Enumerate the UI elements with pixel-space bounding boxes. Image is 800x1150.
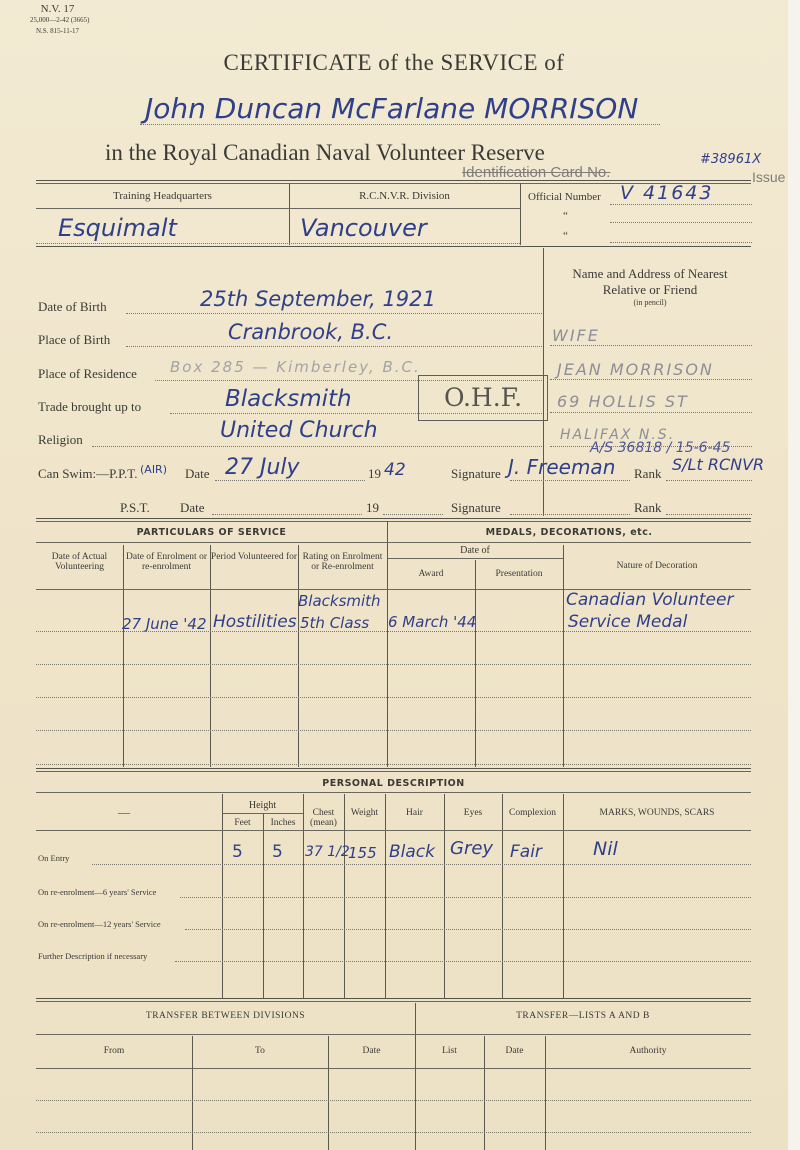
- ohf-stamp: O.H.F.: [418, 375, 548, 421]
- service-title: in the Royal Canadian Naval Volunteer Re…: [105, 140, 545, 166]
- row-label-on-entry: On Entry: [38, 853, 69, 863]
- holder-name: John Duncan McFarlane MORRISON: [145, 92, 638, 125]
- signature-label: Signature: [451, 466, 501, 482]
- header-chest: Chest (mean): [303, 808, 344, 828]
- pst-signature-label: Signature: [451, 500, 501, 516]
- feet-value: 5: [232, 842, 243, 862]
- rank-label: Rank: [634, 466, 661, 482]
- official-number-label: Official Number: [528, 191, 601, 203]
- nok-line-street: 69 HOLLIS ST: [557, 392, 689, 411]
- decoration-line1: Canadian Volunteer: [566, 590, 733, 610]
- religion-label: Religion: [38, 432, 83, 448]
- eyes-value: Grey: [450, 838, 493, 859]
- trade-label: Trade brought up to: [38, 399, 141, 415]
- header-eyes: Eyes: [444, 808, 502, 818]
- header-rating: Rating on Enrolment or Re-enrolment: [298, 552, 387, 572]
- transfer-divisions-title: TRANSFER BETWEEN DIVISIONS: [36, 1011, 415, 1021]
- period-value: Hostilities: [213, 612, 297, 632]
- header-from: From: [36, 1046, 192, 1056]
- certificate-title: CERTIFICATE of the SERVICE of: [0, 50, 788, 76]
- transfer-lists-title: TRANSFER—LISTS A AND B: [415, 1011, 751, 1021]
- service-certificate: N.V. 17 25,000—2-42 (3665) N.S. 815-11-1…: [0, 0, 788, 1150]
- header-date-volunteering: Date of Actual Volunteering: [36, 552, 123, 572]
- marks-value: Nil: [593, 838, 618, 860]
- pob-label: Place of Birth: [38, 332, 110, 348]
- dob-value: 25th September, 1921: [200, 287, 436, 311]
- form-number: N.V. 17: [30, 3, 85, 15]
- division-header: R.C.N.V.R. Division: [289, 190, 520, 202]
- nok-line-relationship: WIFE: [552, 326, 600, 345]
- rank-value: S/Lt RCNVR: [672, 455, 764, 474]
- trade-value: Blacksmith: [225, 386, 352, 412]
- award-date-value: 6 March '44: [388, 613, 476, 631]
- ditto-mark: “: [563, 230, 568, 242]
- header-presentation: Presentation: [475, 569, 563, 579]
- swim-label: Can Swim:—P.P.T.: [38, 466, 137, 482]
- header-nature: Nature of Decoration: [563, 561, 751, 571]
- signature-value: J. Freeman: [508, 455, 615, 479]
- header-inches: Inches: [263, 818, 303, 828]
- nok-heading-line1: Name and Address of Nearest: [545, 266, 755, 282]
- header-hair: Hair: [385, 808, 444, 818]
- official-number-value: V 41643: [620, 182, 713, 204]
- ns-code: N.S. 815-11-17: [30, 27, 85, 36]
- dob-label: Date of Birth: [38, 299, 107, 315]
- swim-year-prefix: 19: [368, 466, 381, 482]
- description-title: PERSONAL DESCRIPTION: [36, 778, 751, 789]
- scan-edge: [788, 0, 800, 1150]
- ditto-mark: “: [563, 210, 568, 222]
- dash-header: —: [118, 805, 130, 820]
- medals-title: MEDALS, DECORATIONS, etc.: [387, 527, 751, 538]
- pst-rank-label: Rank: [634, 500, 661, 516]
- header-authority: Authority: [545, 1046, 751, 1056]
- residence-value: Box 285 — Kimberley, B.C.: [170, 358, 421, 376]
- nok-line-name: JEAN MORRISON: [557, 360, 714, 379]
- row-label-6-years: On re-enrolment—6 years' Service: [38, 887, 156, 897]
- header-transfer-date: Date: [328, 1046, 415, 1056]
- pst-year-prefix: 19: [366, 500, 379, 516]
- division-value: Vancouver: [300, 214, 427, 242]
- decoration-line2: Service Medal: [568, 612, 687, 632]
- nok-heading: Name and Address of Nearest Relative or …: [545, 266, 755, 307]
- row-label-12-years: On re-enrolment—12 years' Service: [38, 919, 161, 929]
- row-label-further: Further Description if necessary: [38, 951, 147, 961]
- date-of-header: Date of: [387, 546, 563, 556]
- header-weight: Weight: [344, 808, 385, 818]
- pst-label: P.S.T.: [120, 500, 150, 516]
- rating-value-line1: Blacksmith: [298, 592, 381, 610]
- swim-date-label: Date: [185, 466, 210, 482]
- pob-value: Cranbrook, B.C.: [228, 320, 393, 344]
- residence-label: Place of Residence: [38, 366, 137, 382]
- religion-value: United Church: [220, 418, 378, 443]
- complexion-value: Fair: [510, 842, 542, 862]
- header-award: Award: [387, 569, 475, 579]
- swim-year-value: 42: [384, 460, 406, 480]
- header-date-enrolment: Date of Enrolment or re-enrolment: [123, 552, 210, 572]
- header-complexion: Complexion: [502, 808, 563, 818]
- weight-value: 155: [348, 844, 377, 862]
- identification-label: Identification Card No.: [462, 164, 610, 181]
- swim-mark: (AIR): [140, 463, 167, 476]
- nok-heading-line2: Relative or Friend: [545, 282, 755, 298]
- rating-value-line2: 5th Class: [300, 614, 369, 632]
- header-list: List: [415, 1046, 484, 1056]
- header-to: To: [192, 1046, 328, 1056]
- particulars-title: PARTICULARS OF SERVICE: [36, 527, 387, 538]
- height-header: Height: [222, 801, 303, 811]
- identification-value: #38961X: [700, 152, 761, 167]
- print-code: 25,000—2-42 (3665): [30, 16, 85, 25]
- inches-value: 5: [272, 842, 283, 862]
- swim-date-value: 27 July: [225, 455, 300, 480]
- header-period: Period Volunteered for: [210, 552, 298, 562]
- hair-value: Black: [389, 842, 435, 862]
- header-feet: Feet: [222, 818, 263, 828]
- pst-date-label: Date: [180, 500, 205, 516]
- header-marks: MARKS, WOUNDS, SCARS: [563, 808, 751, 818]
- nok-note: (in pencil): [545, 298, 755, 307]
- training-hq-value: Esquimalt: [58, 214, 177, 242]
- issued-label: Issue: [752, 169, 785, 185]
- nok-annotation: A/S 36818 / 15-6-45: [590, 440, 730, 456]
- chest-value: 37 1/2: [305, 844, 350, 860]
- training-hq-header: Training Headquarters: [36, 190, 289, 202]
- header-list-date: Date: [484, 1046, 545, 1056]
